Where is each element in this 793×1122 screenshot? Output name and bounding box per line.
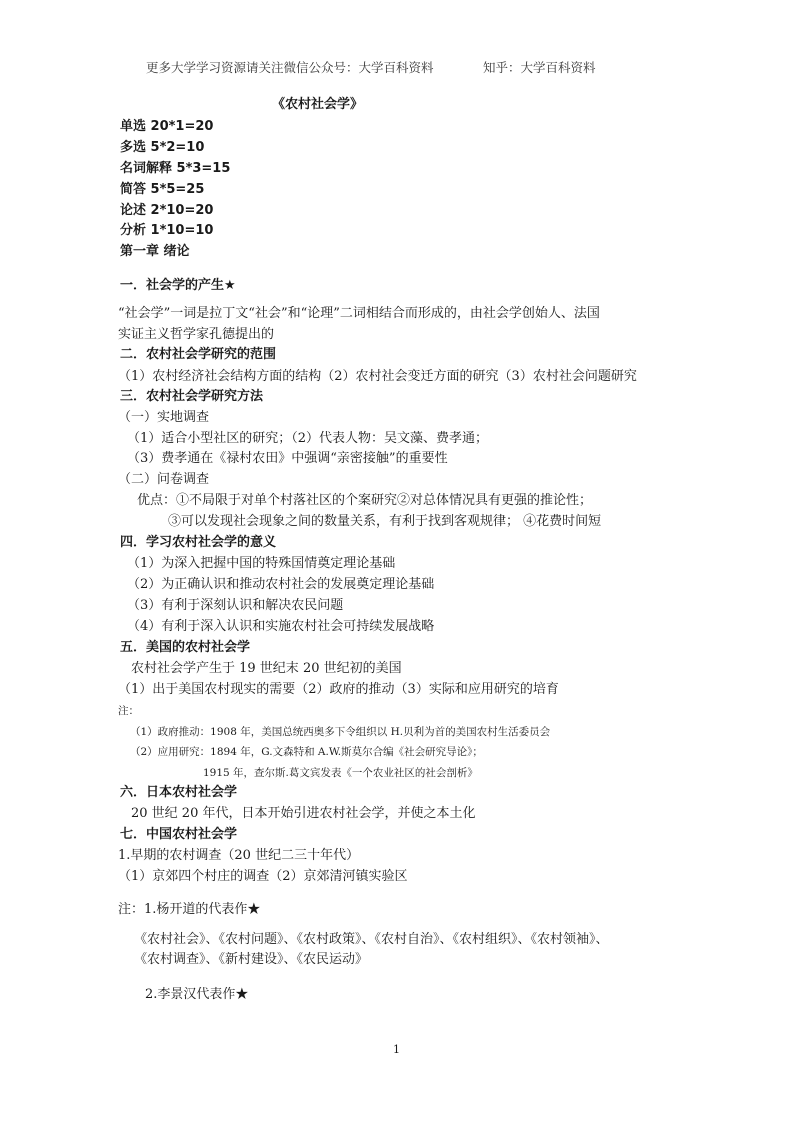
exam-format-item: 简答 5*5=25 bbox=[120, 181, 204, 199]
exam-format-item: 名词解释 5*3=15 bbox=[120, 160, 230, 178]
paragraph-line: 优点：①不局限于对单个村落社区的个案研究②对总体情况具有更强的推论性； bbox=[137, 492, 592, 510]
section-heading: 三．农村社会学研究方法 bbox=[120, 388, 263, 406]
paragraph-line: （4）有利于深入认识和实施农村社会可持续发展战略 bbox=[127, 618, 434, 636]
paragraph-line: 农村社会学产生于 19 世纪末 20 世纪初的美国 bbox=[131, 660, 402, 678]
page-header-left: 更多大学学习资源请关注微信公众号：大学百科资料 bbox=[146, 59, 434, 77]
paragraph-line: （3）有利于深刻认识和解决农民问题 bbox=[127, 597, 343, 615]
document-title: 《农村社会学》 bbox=[272, 96, 363, 114]
paragraph-line: （2）为正确认识和推动农村社会的发展奠定理论基础 bbox=[127, 576, 434, 594]
note-line: （1）政府推动：1908 年，美国总统西奥多下令组织以 H.贝利为首的美国农村生… bbox=[130, 723, 550, 741]
paragraph-line: （1）适合小型社区的研究；（2）代表人物：吴文藻、费孝通； bbox=[127, 430, 488, 448]
note-line: 1915 年，查尔斯.葛文宾发表《一个农业社区的社会剖析》 bbox=[203, 764, 478, 782]
paragraph-line: （一）实地调查 bbox=[118, 409, 209, 427]
paragraph-line: “社会学”一词是拉丁文“社会”和“论理”二词相结合而形成的，由社会学创始人、法国 bbox=[118, 305, 600, 323]
paragraph-line: （1）出于美国农村现实的需要（2）政府的推动（3）实际和应用研究的培育 bbox=[118, 681, 559, 699]
section-heading: 七．中国农村社会学 bbox=[120, 826, 237, 844]
paragraph-line: （1）为深入把握中国的特殊国情奠定理论基础 bbox=[127, 555, 395, 573]
paragraph-line: （3）费孝通在《禄村农田》中强调“亲密接触”的重要性 bbox=[127, 450, 448, 468]
works-list-line: 《农村社会》、《农村问题》、《农村政策》、《农村自治》、《农村组织》、《农村领袖… bbox=[134, 931, 609, 949]
paragraph-line: （1）农村经济社会结构方面的结构（2）农村社会变迁方面的研究（3）农村社会问题研… bbox=[118, 368, 637, 386]
section-heading: 一．社会学的产生★ bbox=[120, 277, 236, 295]
exam-format-item: 单选 20*1=20 bbox=[120, 118, 213, 136]
note-line: （2）应用研究：1894 年，G.文森特和 A.W.斯莫尔合编《社会研究导论》； bbox=[130, 743, 483, 761]
page-number: 1 bbox=[393, 1041, 400, 1059]
exam-format-item: 论述 2*10=20 bbox=[120, 202, 213, 220]
chapter-heading: 第一章 绪论 bbox=[120, 243, 190, 261]
exam-format-item: 分析 1*10=10 bbox=[120, 222, 213, 240]
note-label: 注： bbox=[118, 702, 139, 720]
section-heading: 五．美国的农村社会学 bbox=[120, 639, 250, 657]
paragraph-line: 1.早期的农村调查（20 世纪二三十年代） bbox=[118, 847, 359, 865]
section-heading: 四．学习农村社会学的意义 bbox=[120, 534, 276, 552]
paragraph-line: ③可以发现社会现象之间的数量关系，有利于找到客观规律； ④花费时间短 bbox=[168, 513, 601, 531]
works-list-line: 《农村调查》、《新村建设》、《农民运动》 bbox=[134, 951, 368, 969]
section-heading: 二．农村社会学研究的范围 bbox=[120, 346, 276, 364]
note-line: 注：1.杨开道的代表作★ bbox=[118, 901, 260, 919]
paragraph-line: 20 世纪 20 年代，日本开始引进农村社会学，并使之本土化 bbox=[131, 805, 475, 823]
paragraph-line: 实证主义哲学家孔德提出的 bbox=[118, 326, 274, 344]
exam-format-item: 多选 5*2=10 bbox=[120, 139, 204, 157]
paragraph-line: （1）京郊四个村庄的调查（2）京郊清河镇实验区 bbox=[118, 868, 408, 886]
page-header-right: 知乎：大学百科资料 bbox=[483, 59, 596, 77]
note-line: 2.李景汉代表作★ bbox=[145, 986, 248, 1004]
section-heading: 六．日本农村社会学 bbox=[120, 784, 237, 802]
paragraph-line: （二）问卷调查 bbox=[118, 471, 209, 489]
